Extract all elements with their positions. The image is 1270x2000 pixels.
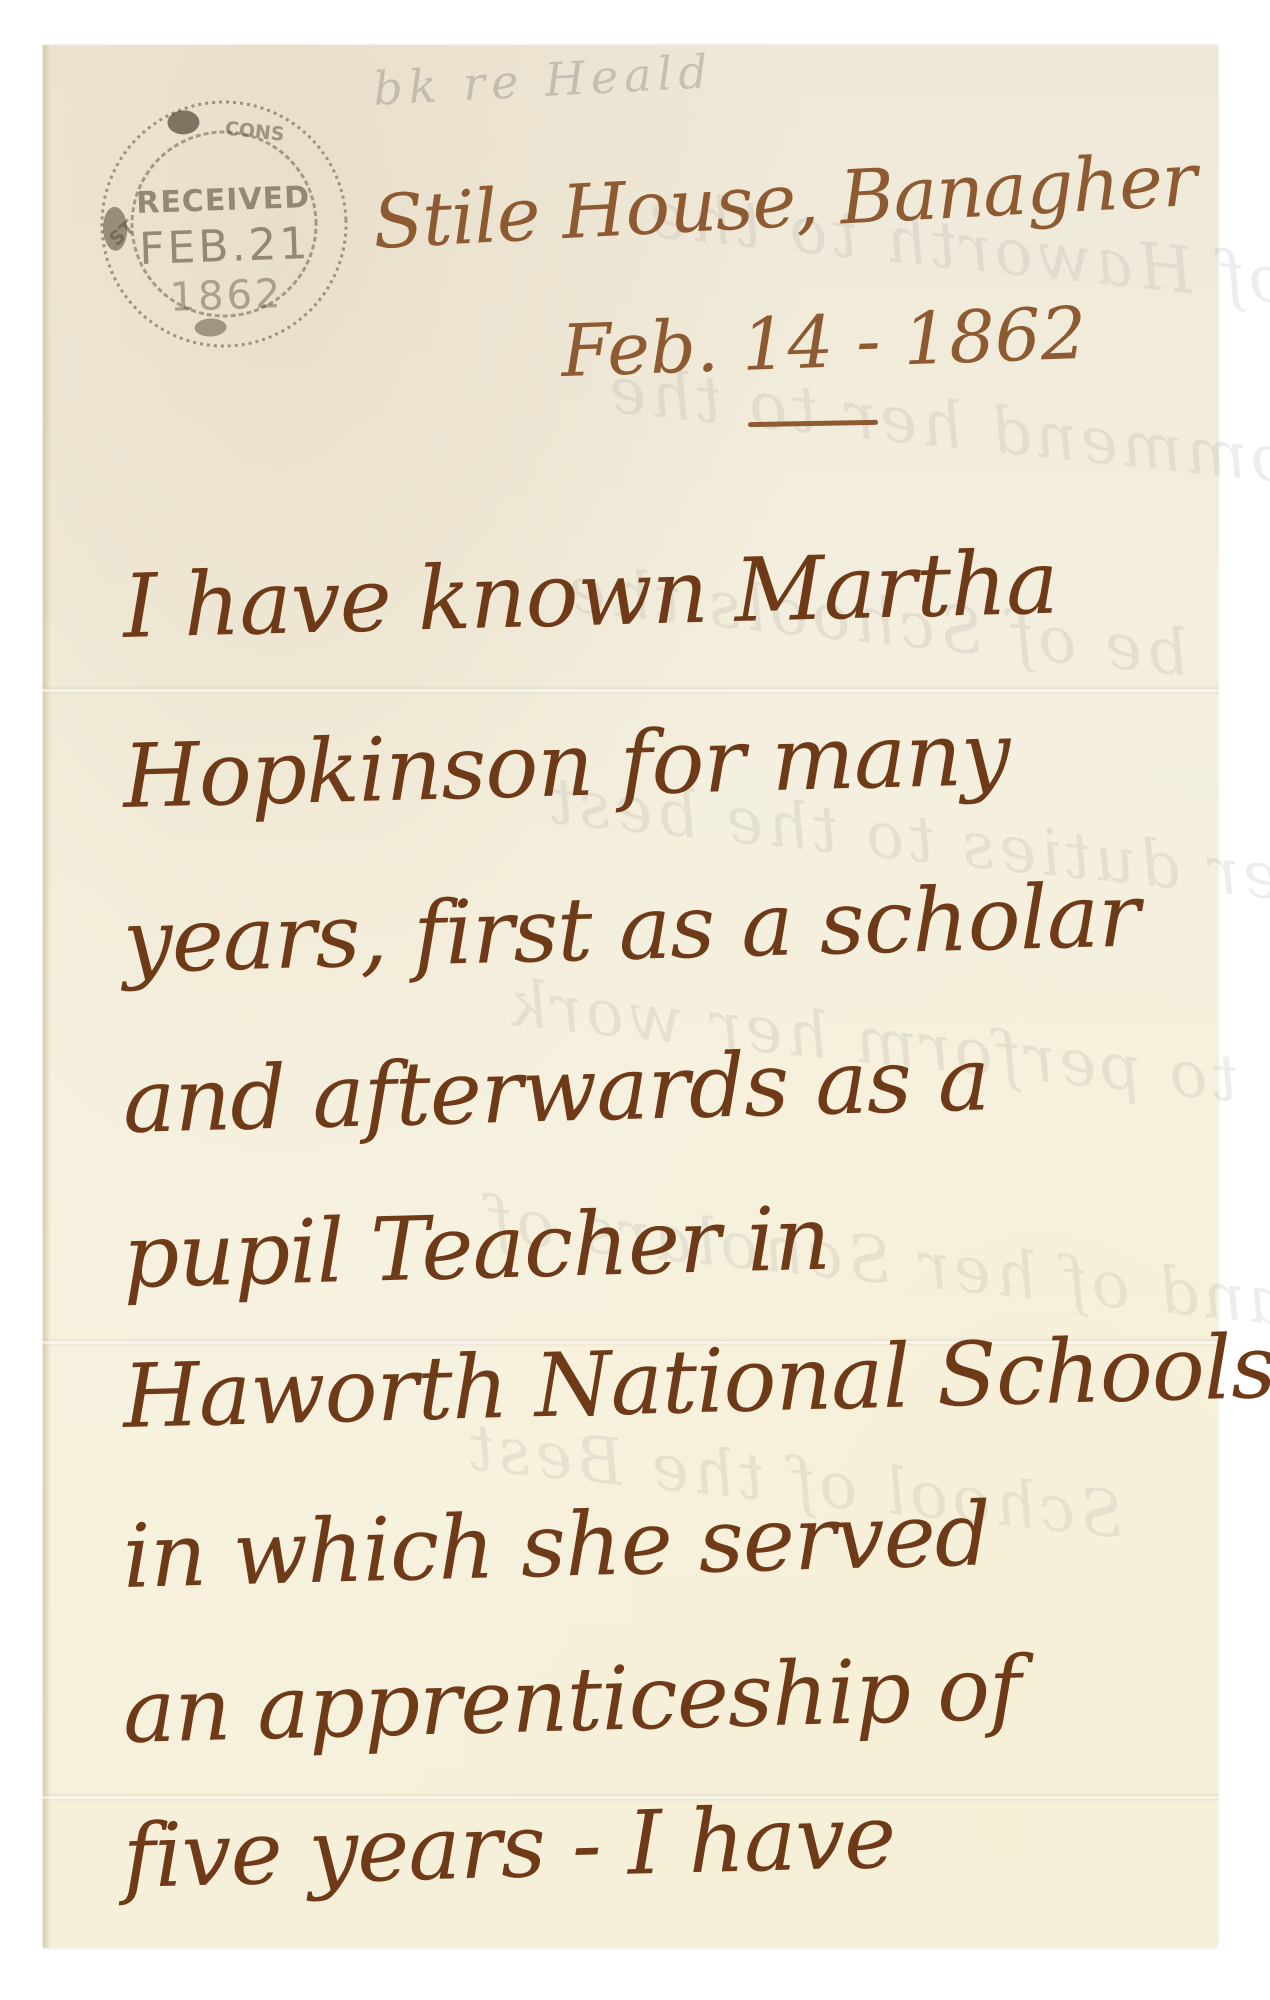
date-underline — [748, 420, 878, 427]
letter-date: Feb. 14 - 1862 — [560, 291, 1088, 393]
letter-line: years, first as a scholar — [122, 863, 1141, 993]
letter-line: I have known Martha — [122, 531, 1059, 658]
letter-line: in which she served — [122, 1482, 992, 1608]
fold-crease — [43, 685, 1218, 695]
letter-line: Haworth National Schools, — [122, 1314, 1270, 1448]
postmark-year: 1862 — [97, 268, 356, 323]
paper-edge — [43, 45, 51, 1948]
letter-line: an apprenticeship of — [122, 1637, 1022, 1763]
letter-line: five years - I have — [122, 1785, 897, 1908]
letter-line: pupil Teacher in — [122, 1187, 831, 1308]
postmark-date: FEB.21 — [95, 216, 355, 276]
letter-line: Hopkinson for many — [122, 702, 1011, 828]
sender-address: Stile House, Banagher — [371, 137, 1198, 266]
letter-line: and afterwards as a — [122, 1027, 991, 1153]
received-postmark: CONS ST RECEIVED FEB.21 1862 — [91, 91, 358, 358]
pencil-annotation: bk re Heald — [372, 44, 715, 116]
letter-sheet: Meeds of Haworth to the recommend her to… — [43, 45, 1218, 1948]
svg-text:CONS: CONS — [224, 118, 286, 146]
